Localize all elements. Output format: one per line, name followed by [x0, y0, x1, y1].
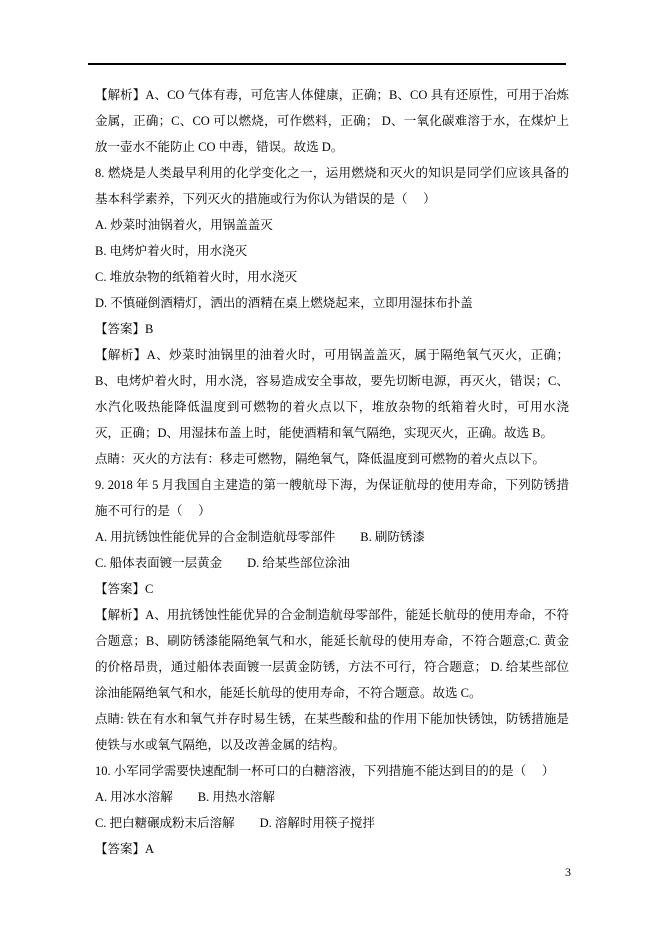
q10-stem: 10. 小军同学需要快速配制一杯可口的白糖溶液，下列措施不能达到目的的是（ ）	[95, 758, 569, 784]
q8-explanation: 【解析】A、炒菜时油锅里的油着火时，可用锅盖盖灭，属于隔绝氧气灭火，正确；B、电…	[95, 342, 569, 446]
q9-options-cd: C. 船体表面镀一层黄金 D. 给某些部位涂油	[95, 550, 569, 576]
document-page: 【解析】A、CO 气体有毒，可危害人体健康，正确；B、CO 具有还原性，可用于冶…	[0, 0, 661, 935]
q9-stem: 9. 2018 年 5 月我国自主建造的第一艘航母下海，为保证航母的使用寿命，下…	[95, 472, 569, 524]
q10-options-ab: A. 用冰水溶解 B. 用热水溶解	[95, 784, 569, 810]
q8-option-b: B. 电烤炉着火时，用水浇灭	[95, 238, 569, 264]
q9-tip: 点睛: 铁在有水和氧气并存时易生锈，在某些酸和盐的作用下能加快锈蚀，防锈措施是使…	[95, 706, 569, 758]
q8-option-d: D. 不慎碰倒酒精灯，洒出的酒精在桌上燃烧起来，立即用湿抹布扑盖	[95, 290, 569, 316]
q8-stem: 8. 燃烧是人类最早利用的化学变化之一，运用燃烧和灭火的知识是同学们应该具备的基…	[95, 160, 569, 212]
page-number: 3	[565, 863, 571, 881]
q9-explanation: 【解析】A、用抗锈蚀性能优异的合金制造航母零部件，能延长航母的使用寿命，不符合题…	[95, 602, 569, 706]
q9-options-ab: A. 用抗锈蚀性能优异的合金制造航母零部件 B. 刷防锈漆	[95, 524, 569, 550]
header-divider	[88, 63, 566, 65]
q10-options-cd: C. 把白糖碾成粉末后溶解 D. 溶解时用筷子搅拌	[95, 810, 569, 836]
document-content: 【解析】A、CO 气体有毒，可危害人体健康，正确；B、CO 具有还原性，可用于冶…	[95, 82, 569, 862]
q10-answer: 【答案】A	[95, 836, 569, 862]
q7-explanation: 【解析】A、CO 气体有毒，可危害人体健康，正确；B、CO 具有还原性，可用于冶…	[95, 82, 569, 160]
q8-option-c: C. 堆放杂物的纸箱着火时，用水浇灭	[95, 264, 569, 290]
q8-answer: 【答案】B	[95, 316, 569, 342]
q8-tip: 点睛：灭火的方法有：移走可燃物，隔绝氧气，降低温度到可燃物的着火点以下。	[95, 446, 569, 472]
q8-option-a: A. 炒菜时油锅着火，用锅盖盖灭	[95, 212, 569, 238]
q9-answer: 【答案】C	[95, 576, 569, 602]
